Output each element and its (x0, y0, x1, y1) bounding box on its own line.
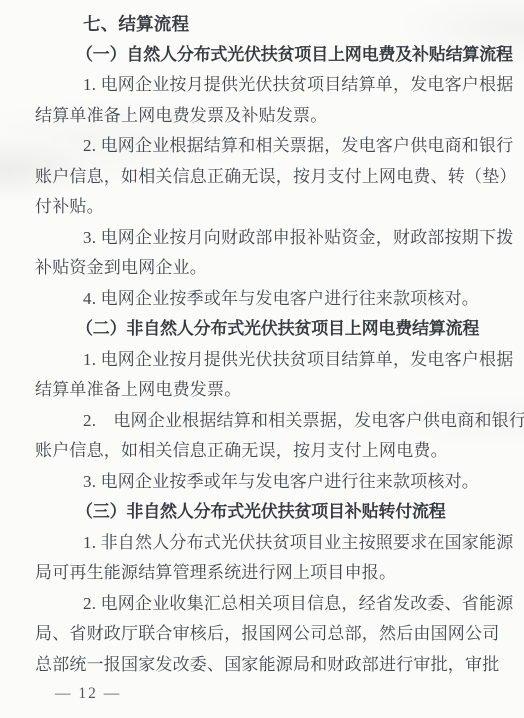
paragraph-line: 局、省财政厅联合审核后，报国网公司总部，然后由国网公司 (35, 619, 508, 650)
page-number: — 12 — (35, 685, 508, 703)
paragraph-line: 2. 电网企业根据结算和相关票据，发电客户供电商和银行 (35, 131, 508, 162)
paragraph-line: 1. 电网企业按月提供光伏扶贫项目结算单，发电客户根据 (35, 345, 508, 376)
paragraph-line: 4. 电网企业按季或年与发电客户进行往来款项核对。 (35, 284, 508, 315)
paragraph-line: 局可再生能源结算管理系统进行网上项目申报。 (35, 558, 508, 589)
subsection-heading-3: （三）非自然人分布式光伏扶贫项目补贴转付流程 (35, 497, 508, 528)
paragraph-line: 3. 电网企业按月向财政部申报补贴资金，财政部按期下拨 (35, 223, 508, 254)
paragraph-line: 结算单准备上网电费发票及补贴发票。 (35, 101, 508, 132)
paragraph-line: 账户信息，如相关信息正确无误，按月支付上网电费、转（垫） (35, 162, 508, 193)
paragraph-line: 2. 电网企业根据结算和相关票据，发电客户供电商和银行 (35, 406, 508, 437)
paragraph-line: 总部统一报国家发改委、国家能源局和财政部进行审批，审批 (35, 650, 508, 681)
chapter-heading: 七、结算流程 (35, 9, 508, 40)
subsection-heading-2: （二）非自然人分布式光伏扶贫项目上网电费结算流程 (35, 314, 508, 345)
document-page: 七、结算流程 （一）自然人分布式光伏扶贫项目上网电费及补贴结算流程 1. 电网企… (0, 0, 524, 718)
paragraph-line: 3. 电网企业按季或年与发电客户进行往来款项核对。 (35, 467, 508, 498)
paragraph-line: 付补贴。 (35, 192, 508, 223)
paragraph-line: 结算单准备上网电费发票。 (35, 375, 508, 406)
paragraph-line: 账户信息，如相关信息正确无误，按月支付上网电费。 (35, 436, 508, 467)
subsection-heading-1: （一）自然人分布式光伏扶贫项目上网电费及补贴结算流程 (35, 40, 508, 71)
paragraph-line: 补贴资金到电网企业。 (35, 253, 508, 284)
paragraph-line: 2. 电网企业收集汇总相关项目信息，经省发改委、省能源 (35, 589, 508, 620)
paragraph-line: 1. 电网企业按月提供光伏扶贫项目结算单，发电客户根据 (35, 70, 508, 101)
paragraph-line: 1. 非自然人分布式光伏扶贫项目业主按照要求在国家能源 (35, 528, 508, 559)
